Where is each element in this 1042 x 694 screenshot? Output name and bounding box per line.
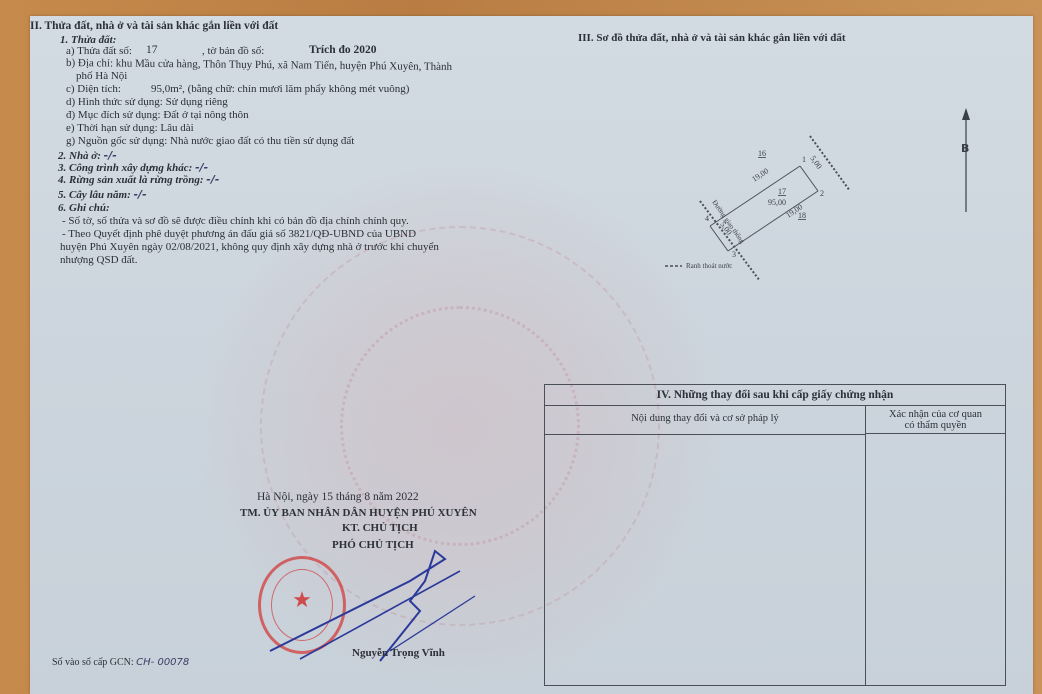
forest-value: -/- — [206, 173, 219, 186]
note-2-line2: huyện Phú Xuyên ngày 02/08/2021, không q… — [60, 241, 439, 254]
area-value: 95,0m², (bằng chữ: chín mươi lăm phẩy kh… — [151, 83, 409, 96]
vertex-1: 1 — [802, 155, 806, 164]
use-origin: g) Nguồn gốc sử dụng: Nhà nước giao đất … — [66, 135, 354, 148]
diagram-legend: Ranh thoát nước — [686, 262, 732, 270]
parcel-diagram: 16 17 95,00 18 19,00 19,00 5,00 5,00 1 2… — [650, 106, 990, 286]
column-header-changes: Nội dung thay đổi và cơ sở pháp lý — [545, 406, 865, 435]
address-line2: phố Hà Nội — [76, 70, 127, 83]
registry-value: CH- 00078 — [136, 657, 189, 668]
use-term: e) Thời hạn sử dụng: Lâu dài — [66, 122, 194, 135]
changes-table: IV. Những thay đổi sau khi cấp giấy chứn… — [544, 384, 1006, 686]
use-form: d) Hình thức sử dụng: Sử dụng riêng — [66, 96, 228, 109]
north-arrow-icon: B — [956, 106, 976, 216]
column-divider — [865, 406, 866, 685]
edge-back: 5,00 — [808, 154, 823, 171]
section2-heading: II. Thửa đất, nhà ở và tài sản khác gắn … — [30, 20, 278, 33]
note-2-line1: - Theo Quyết định phê duyệt phương án đấ… — [62, 228, 416, 241]
col2-line2: có thẩm quyền — [866, 420, 1005, 431]
note-1: - Số tờ, số thửa và sơ đồ sẽ được điều c… — [62, 215, 409, 228]
registry-label: Số vào sổ cấp GCN: — [52, 657, 134, 668]
column-header-confirmation: Xác nhận của cơ quan có thẩm quyền — [866, 406, 1005, 434]
section3-heading: III. Sơ đồ thửa đất, nhà ở và tài sản kh… — [578, 32, 846, 45]
parcel-area-diagram: 95,00 — [768, 198, 786, 207]
edge-top: 19,00 — [750, 166, 770, 183]
vertex-3: 3 — [732, 250, 736, 259]
col2-line1: Xác nhận của cơ quan — [866, 409, 1005, 420]
vertex-4: 4 — [705, 214, 709, 223]
area-label: c) Diện tích: — [66, 83, 121, 96]
vertex-2: 2 — [820, 189, 824, 198]
parcel-no: 17 — [146, 44, 158, 57]
map-sheet-label: , tờ bản đồ số: — [202, 45, 264, 58]
land-certificate-page: II. Thửa đất, nhà ở và tài sản khác gắn … — [30, 16, 1033, 694]
perennial-value: -/- — [133, 188, 146, 201]
parcel-label: a) Thửa đất số: — [66, 45, 132, 58]
address-line1: khu Mầu cửa hàng, Thôn Thụy Phú, xã Nam … — [116, 58, 452, 74]
north-label: B — [961, 142, 969, 155]
section4-heading: IV. Những thay đổi sau khi cấp giấy chứn… — [545, 385, 1005, 406]
address-label: b) Địa chỉ: — [66, 57, 113, 69]
use-purpose: đ) Mục đích sử dụng: Đất ở tại nông thôn — [66, 109, 249, 122]
date-line: Hà Nội, ngày 15 tháng 8 năm 2022 — [257, 491, 419, 504]
forest-label: 4. Rừng sản xuất là rừng trồng: — [58, 174, 204, 186]
perennial-label: 5. Cây lâu năm: — [58, 189, 131, 201]
notes-heading: 6. Ghi chú: — [58, 202, 110, 215]
signer-role-1: KT. CHỦ TỊCH — [342, 522, 418, 535]
issuing-org: TM. ỦY BAN NHÂN DÂN HUYỆN PHÚ XUYÊN — [240, 507, 477, 520]
neighbor-top: 16 — [758, 149, 766, 158]
signer-name: Nguyễn Trọng Vĩnh — [352, 647, 445, 660]
note-2-line3: nhượng QSD đất. — [60, 254, 137, 267]
map-sheet-value: Trích đo 2020 — [309, 44, 377, 57]
parcel-label-diagram: 17 — [778, 187, 786, 196]
